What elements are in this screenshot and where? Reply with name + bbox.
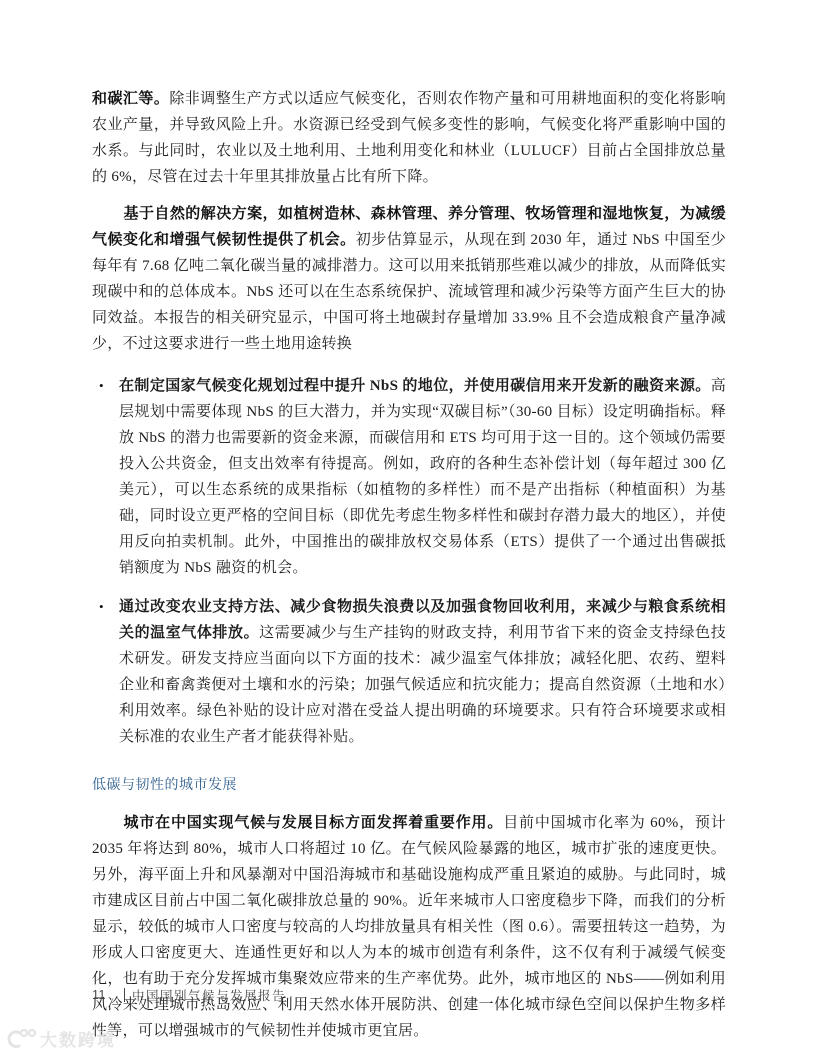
bullet-text: 通过改变农业支持方法、减少食物损失浪费以及加强食物回收利用，来减少与粮食系统相关…	[119, 599, 726, 745]
bullet-marker-icon: •	[99, 594, 104, 620]
page-number: 11	[92, 988, 114, 1002]
page-footer: 11 中国国别气候与发展报告	[92, 986, 286, 1004]
footer-divider	[124, 988, 125, 1002]
paragraph-lead-bold: 和碳汇等。	[92, 91, 169, 107]
dashu-logo-icon	[6, 1028, 36, 1050]
watermark: 大数跨境	[6, 1026, 116, 1051]
paragraph-body-text: 初步估算显示，从现在到 2030 年，通过 NbS 中国至少每年有 7.68 亿…	[92, 232, 726, 352]
bullet-body-text: 这需要减少与生产挂钩的财政支持，利用节省下来的资金支持绿色技术研发。研发支持应当…	[119, 625, 726, 745]
bullet-item-food-system-emissions: • 通过改变农业支持方法、减少食物损失浪费以及加强食物回收利用，来减少与粮食系统…	[92, 594, 726, 750]
page-content: 和碳汇等。除非调整生产方式以适应气候变化，否则农作物产量和可用耕地面积的变化将影…	[92, 86, 726, 1055]
bullet-body-text: 高层规划中需要体现 NbS 的巨大潜力，并为实现“双碳目标”（30-60 目标）…	[119, 378, 726, 576]
watermark-text: 大数跨境	[40, 1026, 116, 1051]
document-page: 和碳汇等。除非调整生产方式以适应气候变化，否则农作物产量和可用耕地面积的变化将影…	[0, 0, 816, 1058]
paragraph-body-text: 除非调整生产方式以适应气候变化，否则农作物产量和可用耕地面积的变化将影响农业产量…	[92, 91, 726, 185]
paragraph-body-text: 目前中国城市化率为 60%，预计 2035 年将达到 80%，城市人口将超过 1…	[92, 815, 726, 1039]
report-title: 中国国别气候与发展报告	[132, 986, 286, 1004]
section-heading-low-carbon-resilient-cities: 低碳与韧性的城市发展	[92, 774, 726, 794]
bullet-item-nbs-planning: • 在制定国家气候变化规划过程中提升 NbS 的地位，并使用碳信用来开发新的融资…	[92, 373, 726, 581]
bullet-text: 在制定国家气候变化规划过程中提升 NbS 的地位，并使用碳信用来开发新的融资来源…	[119, 378, 726, 576]
paragraph-urban-development: 城市在中国实现气候与发展目标方面发挥着重要作用。目前中国城市化率为 60%，预计…	[92, 810, 726, 1044]
paragraph-agriculture-carbon-sinks: 和碳汇等。除非调整生产方式以适应气候变化，否则农作物产量和可用耕地面积的变化将影…	[92, 86, 726, 190]
bullet-marker-icon: •	[99, 373, 104, 399]
paragraph-nature-based-solutions: 基于自然的解决方案，如植树造林、森林管理、养分管理、牧场管理和湿地恢复，为减缓气…	[92, 201, 726, 357]
bullet-lead-bold: 在制定国家气候变化规划过程中提升 NbS 的地位，并使用碳信用来开发新的融资来源…	[119, 378, 711, 394]
paragraph-lead-bold: 城市在中国实现气候与发展目标方面发挥着重要作用。	[124, 815, 504, 831]
bullet-list: • 在制定国家气候变化规划过程中提升 NbS 的地位，并使用碳信用来开发新的融资…	[92, 373, 726, 750]
